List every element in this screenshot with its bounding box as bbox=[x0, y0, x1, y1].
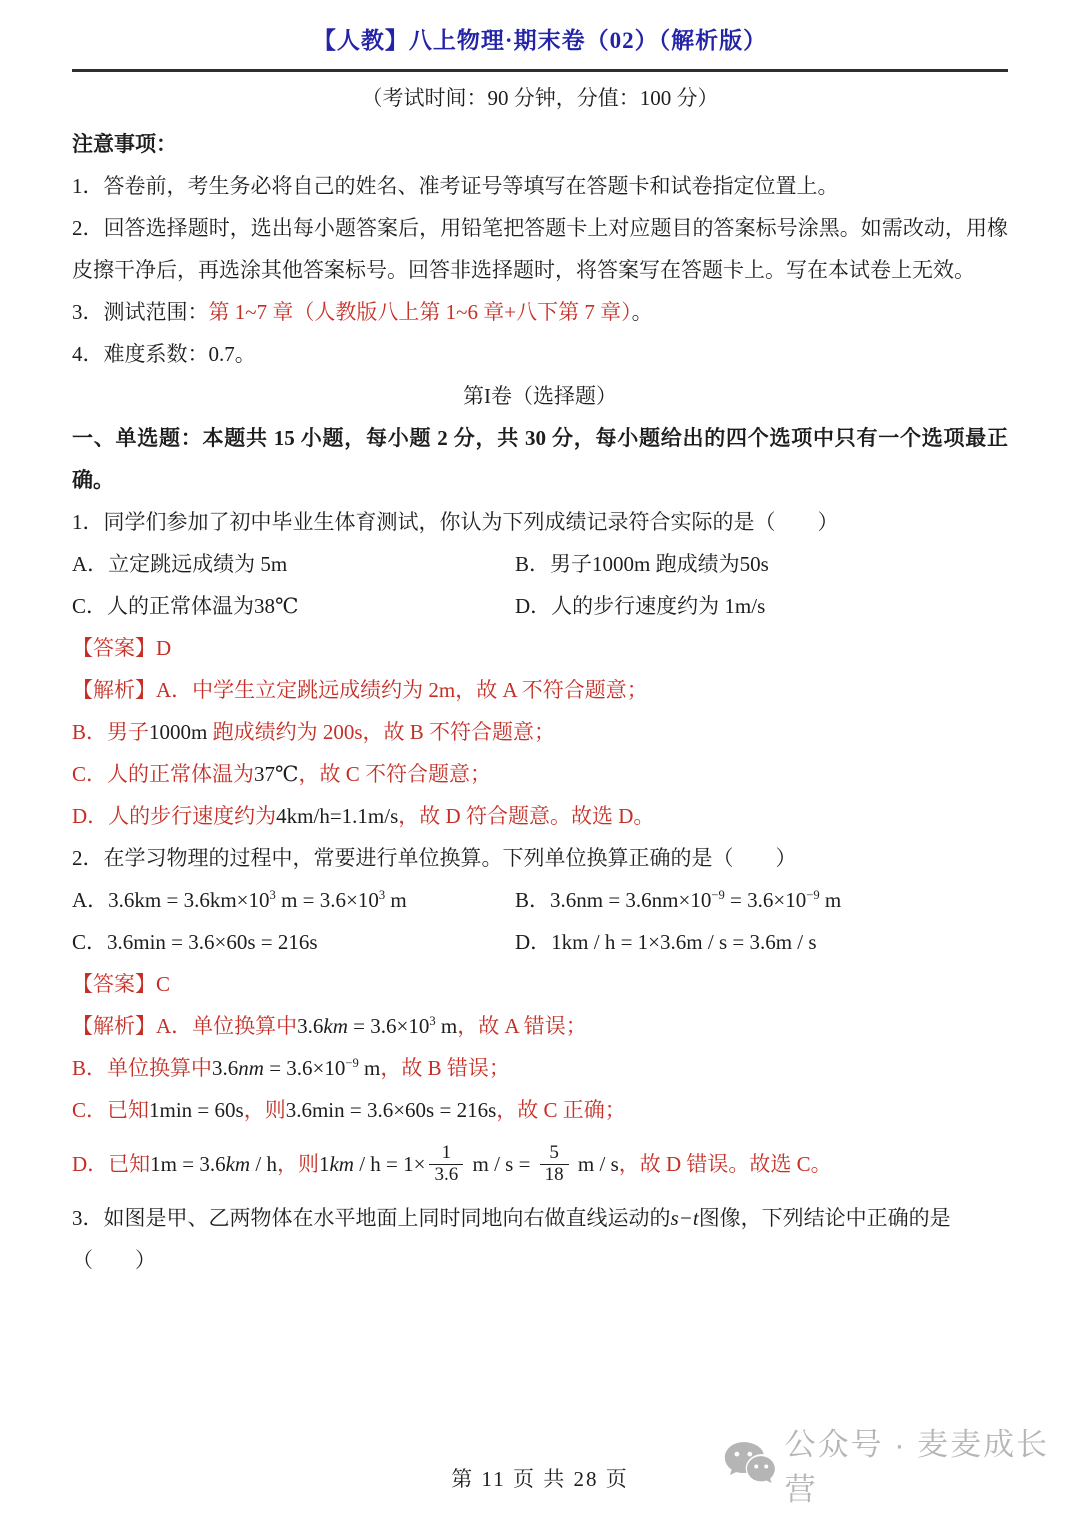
q2-option-a: A．3.6km = 3.6km×103 m = 3.6×103 m bbox=[72, 879, 515, 921]
q2-option-c: C．3.6min = 3.6×60s = 216s bbox=[72, 921, 515, 963]
q2-answer: 【答案】C bbox=[72, 963, 1008, 1005]
section-heading: 一、单选题：本题共 15 小题，每小题 2 分，共 30 分，每小题给出的四个选… bbox=[72, 417, 1008, 501]
q2-analysis-c: C．已知1min = 60s，则3.6min = 3.6×60s = 216s，… bbox=[72, 1089, 1008, 1131]
q1-option-b: B．男子1000m 跑成绩为50s bbox=[515, 543, 1008, 585]
q1-answer: 【答案】D bbox=[72, 627, 1008, 669]
q1-options-row-1: A．立定跳远成绩为 5m B．男子1000m 跑成绩为50s bbox=[72, 543, 1008, 585]
notice-heading: 注意事项： bbox=[72, 123, 1008, 165]
q1-analysis-a: 【解析】A．中学生立定跳远成绩约为 2m，故 A 不符合题意； bbox=[72, 669, 1008, 711]
volume-title: 第I卷（选择题） bbox=[72, 375, 1008, 417]
q2-option-b: B．3.6nm = 3.6nm×10−9 = 3.6×10−9 m bbox=[515, 879, 1008, 921]
document-page: 【人教】八上物理·期末卷（02）（解析版） （考试时间：90 分钟，分值：100… bbox=[0, 0, 1080, 1281]
q2-stem: 2．在学习物理的过程中，常要进行单位换算。下列单位换算正确的是（ ） bbox=[72, 837, 1008, 879]
notice-item-3: 3．测试范围：第 1~7 章（人教版八上第 1~6 章+八下第 7 章）。 bbox=[72, 291, 1008, 333]
q2-analysis-d: D．已知1m = 3.6km / h，则1km / h = 1×13.6 m /… bbox=[72, 1131, 1008, 1197]
page-title: 【人教】八上物理·期末卷（02）（解析版） bbox=[72, 26, 1008, 56]
q1-option-d: D．人的步行速度约为 1m/s bbox=[515, 585, 1008, 627]
q1-analysis-b: B．男子1000m 跑成绩约为 200s，故 B 不符合题意； bbox=[72, 711, 1008, 753]
q1-stem: 1．同学们参加了初中毕业生体育测试，你认为下列成绩记录符合实际的是（ ） bbox=[72, 501, 1008, 543]
q3-stem: 3．如图是甲、乙两物体在水平地面上同时同地向右做直线运动的s−t图像，下列结论中… bbox=[72, 1197, 1008, 1239]
header-divider bbox=[72, 69, 1008, 72]
q1-option-a: A．立定跳远成绩为 5m bbox=[72, 543, 515, 585]
watermark: 公众号 · 麦麦成长营 bbox=[724, 1419, 1080, 1509]
notice-item-1: 1．答卷前，考生务必将自己的姓名、准考证号等填写在答题卡和试卷指定位置上。 bbox=[72, 165, 1008, 207]
watermark-text: 公众号 · 麦麦成长营 bbox=[785, 1419, 1080, 1509]
q2-analysis-b: B．单位换算中3.6nm = 3.6×10−9 m，故 B 错误； bbox=[72, 1047, 1008, 1089]
q1-analysis-c: C．人的正常体温为37℃，故 C 不符合题意； bbox=[72, 753, 1008, 795]
notice-item-4: 4．难度系数：0.7。 bbox=[72, 333, 1008, 375]
q3-paren: （ ） bbox=[72, 1239, 1008, 1281]
wechat-icon bbox=[724, 1441, 776, 1487]
q1-analysis-d: D．人的步行速度约为4km/h=1.1m/s，故 D 符合题意。故选 D。 bbox=[72, 795, 1008, 837]
q1-options-row-2: C．人的正常体温为38℃ D．人的步行速度约为 1m/s bbox=[72, 585, 1008, 627]
q2-options-row-1: A．3.6km = 3.6km×103 m = 3.6×103 m B．3.6n… bbox=[72, 879, 1008, 921]
exam-info-line: （考试时间：90 分钟，分值：100 分） bbox=[72, 83, 1008, 113]
notice-item-2: 2．回答选择题时，选出每小题答案后，用铅笔把答题卡上对应题目的答案标号涂黑。如需… bbox=[72, 207, 1008, 291]
q2-analysis-a: 【解析】A．单位换算中3.6km = 3.6×103 m，故 A 错误； bbox=[72, 1005, 1008, 1047]
q2-option-d: D．1km / h = 1×3.6m / s = 3.6m / s bbox=[515, 921, 1008, 963]
q2-options-row-2: C．3.6min = 3.6×60s = 216s D．1km / h = 1×… bbox=[72, 921, 1008, 963]
q1-option-c: C．人的正常体温为38℃ bbox=[72, 585, 515, 627]
